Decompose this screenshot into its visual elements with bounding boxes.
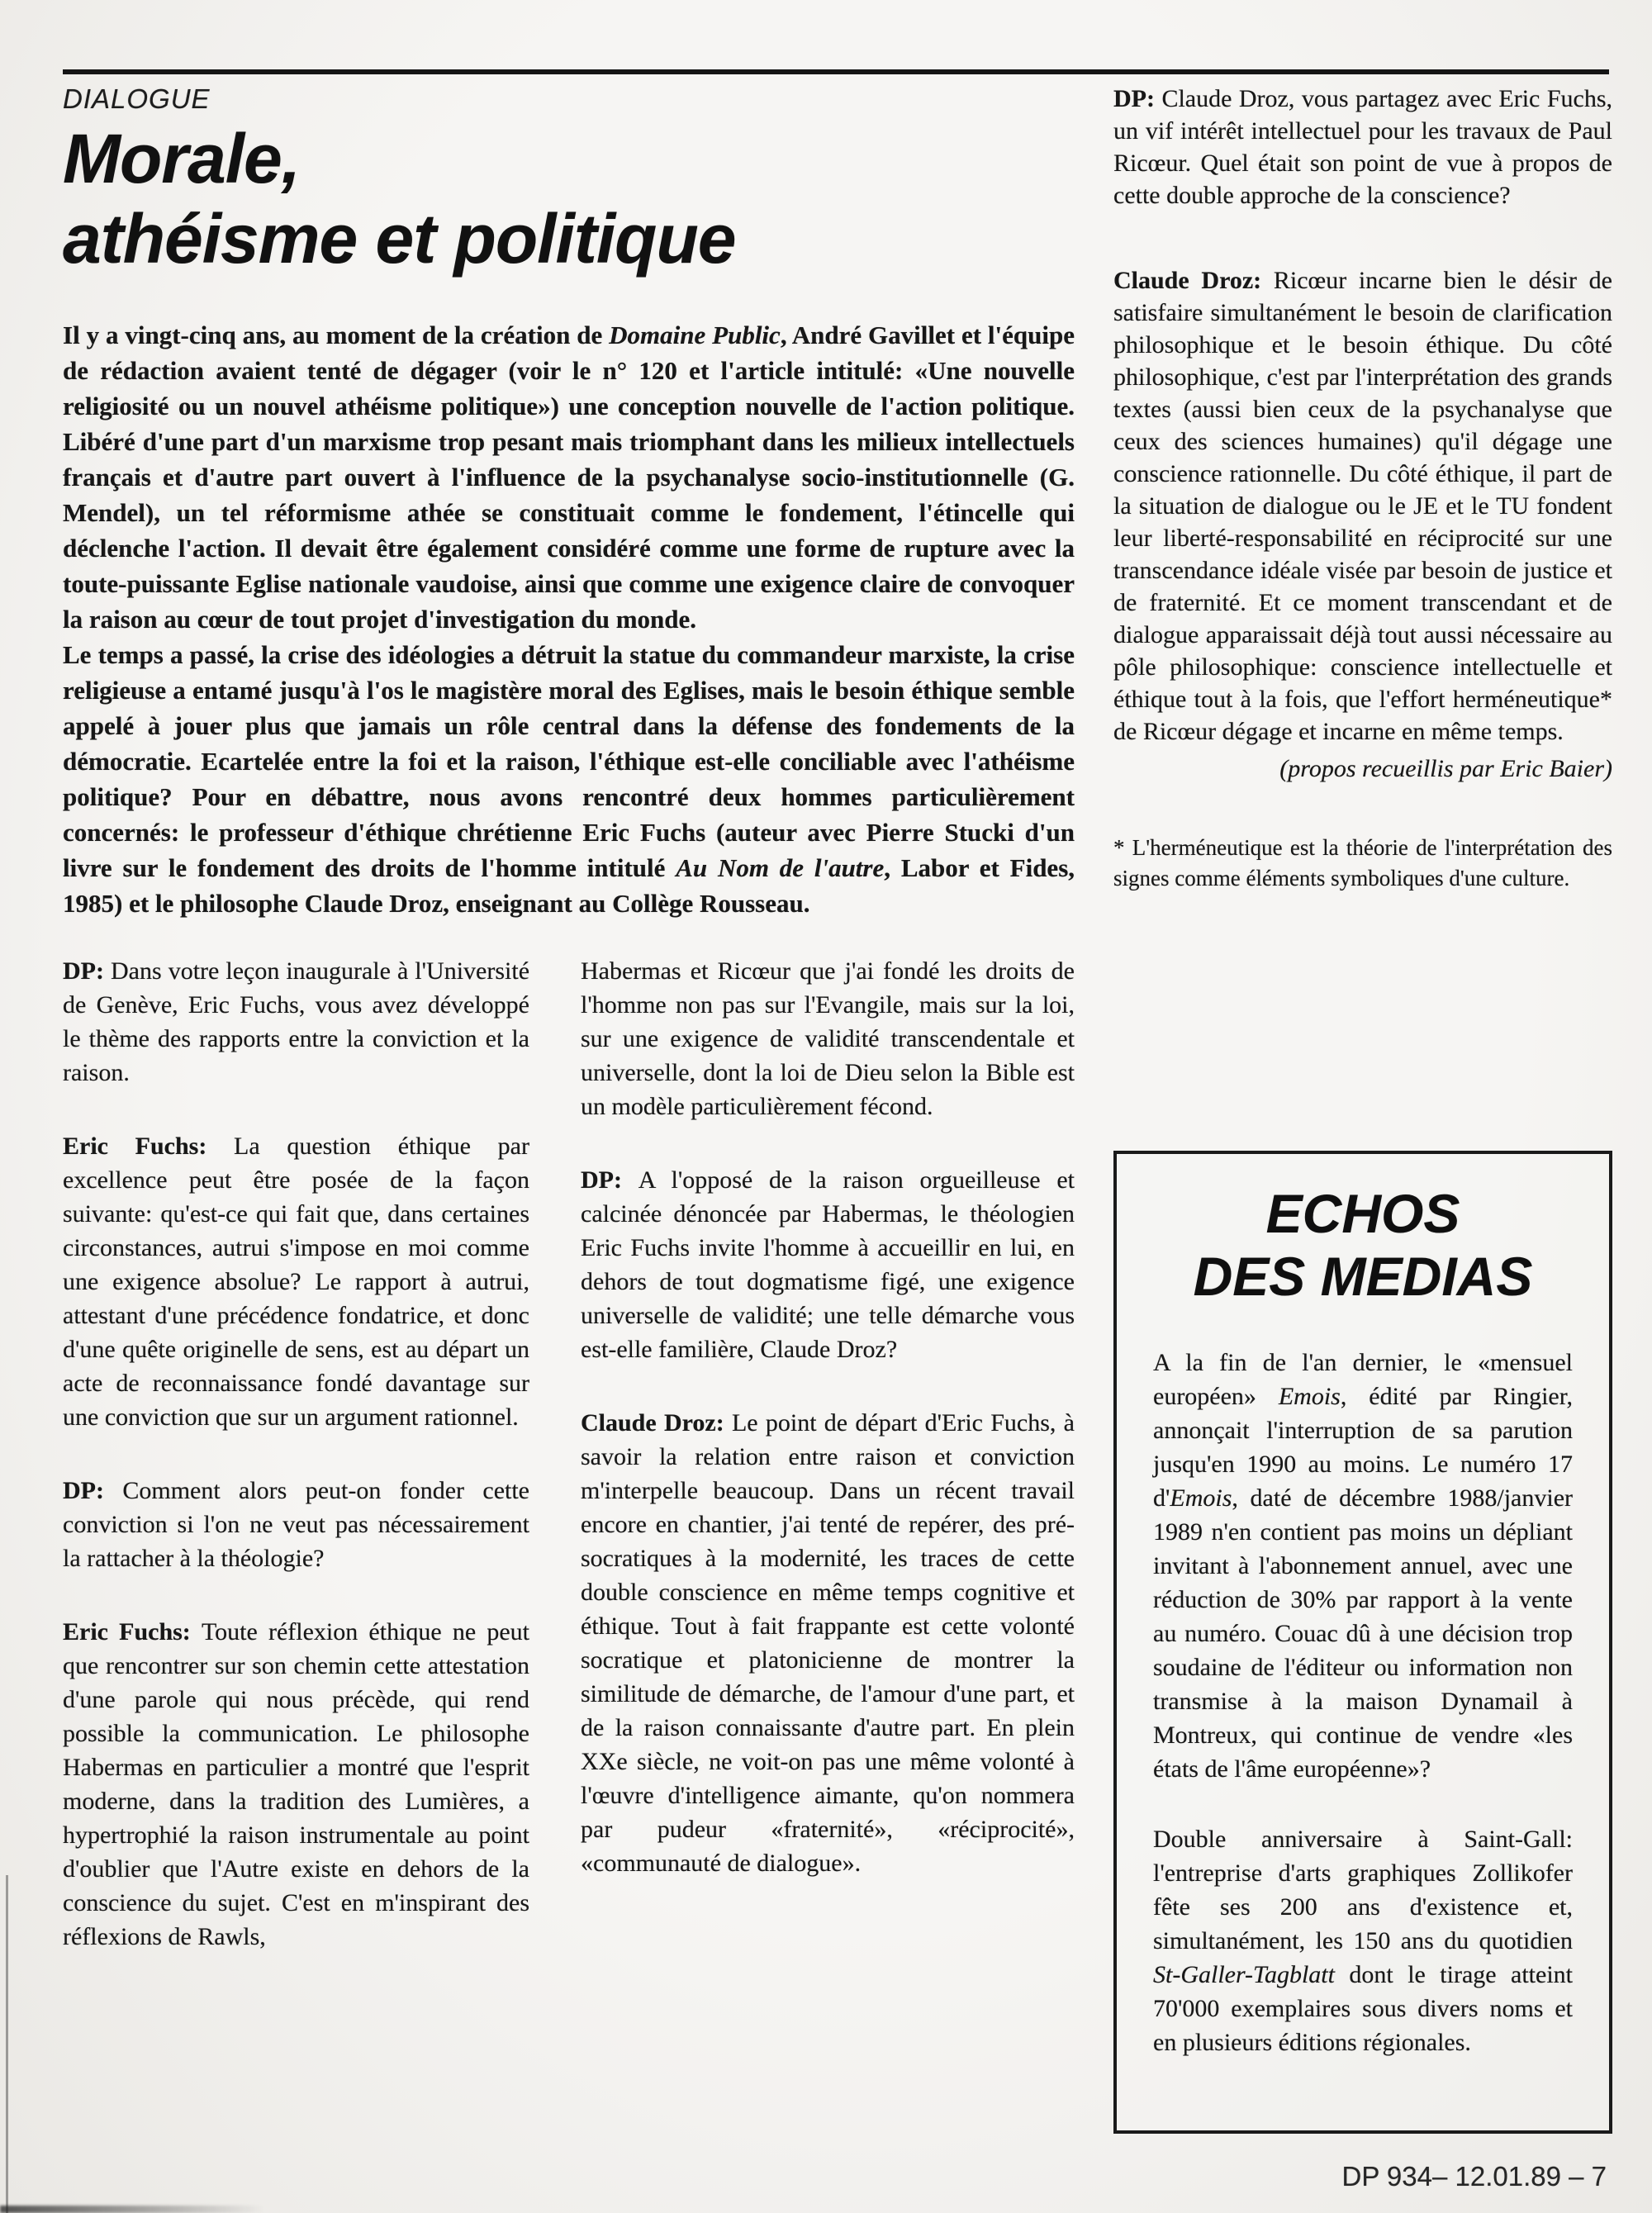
top-rule (63, 69, 1609, 74)
article-title: Morale, athéisme et politique (63, 119, 1075, 279)
section-kicker: DIALOGUE (63, 83, 1075, 116)
scan-artifact-line (6, 1875, 8, 2213)
byline: (propos recueillis par Eric Baier) (1113, 753, 1612, 785)
echos-box-title: ECHOS DES MEDIAS (1153, 1182, 1573, 1308)
interview-paragraph: DP: Dans votre leçon inaugurale à l'Univ… (63, 954, 529, 1090)
main-left-region: DIALOGUE Morale, athéisme et politique I… (63, 83, 1075, 1954)
article-title-line1: Morale, (63, 119, 1075, 199)
interview-paragraph: Claude Droz: Ricœur incarne bien le dési… (1113, 264, 1612, 748)
echos-box-body: A la fin de l'an dernier, le «mensuel eu… (1153, 1346, 1573, 2059)
interview-paragraph: DP: Comment alors peut-on fonder cette c… (63, 1474, 529, 1575)
footnote: * L'herméneutique est la théorie de l'in… (1113, 833, 1612, 894)
right-column-region: DP: Claude Droz, vous partagez avec Eric… (1113, 83, 1612, 916)
interview-paragraph: DP: A l'opposé de la raison orgueilleuse… (581, 1163, 1075, 1366)
interview-paragraph: Eric Fuchs: Toute réflexion éthique ne p… (63, 1615, 529, 1954)
lede-paragraph: Le temps a passé, la crise des idéologie… (63, 637, 1075, 921)
scan-artifact-smudge (0, 2206, 264, 2213)
echos-box-title-line2: DES MEDIAS (1153, 1245, 1573, 1308)
interview-paragraph: DP: Claude Droz, vous partagez avec Eric… (1113, 83, 1612, 211)
echos-paragraph: Double anniversaire à Saint-Gall: l'entr… (1153, 1822, 1573, 2059)
echos-paragraph: A la fin de l'an dernier, le «mensuel eu… (1153, 1346, 1573, 1786)
article-title-line2: athéisme et politique (63, 199, 1075, 279)
issue-page-number: DP 934– 12.01.89 – 7 (1028, 2161, 1607, 2192)
echos-des-medias-box: ECHOS DES MEDIAS A la fin de l'an dernie… (1113, 1151, 1612, 2134)
interview-column-1: DP: Dans votre leçon inaugurale à l'Univ… (63, 954, 529, 1954)
interview-paragraph: Claude Droz: Le point de départ d'Eric F… (581, 1406, 1075, 1880)
article-lede: Il y a vingt-cinq ans, au moment de la c… (63, 317, 1075, 921)
echos-box-title-line1: ECHOS (1153, 1182, 1573, 1245)
interview-paragraph: Habermas et Ricœur que j'ai fondé les dr… (581, 954, 1075, 1123)
interview-columns: DP: Dans votre leçon inaugurale à l'Univ… (63, 954, 1075, 1954)
interview-column-2: Habermas et Ricœur que j'ai fondé les dr… (581, 954, 1075, 1954)
lede-paragraph: Il y a vingt-cinq ans, au moment de la c… (63, 317, 1075, 637)
magazine-page: DIALOGUE Morale, athéisme et politique I… (0, 0, 1652, 2213)
interview-paragraph: Eric Fuchs: La question éthique par exce… (63, 1129, 529, 1434)
